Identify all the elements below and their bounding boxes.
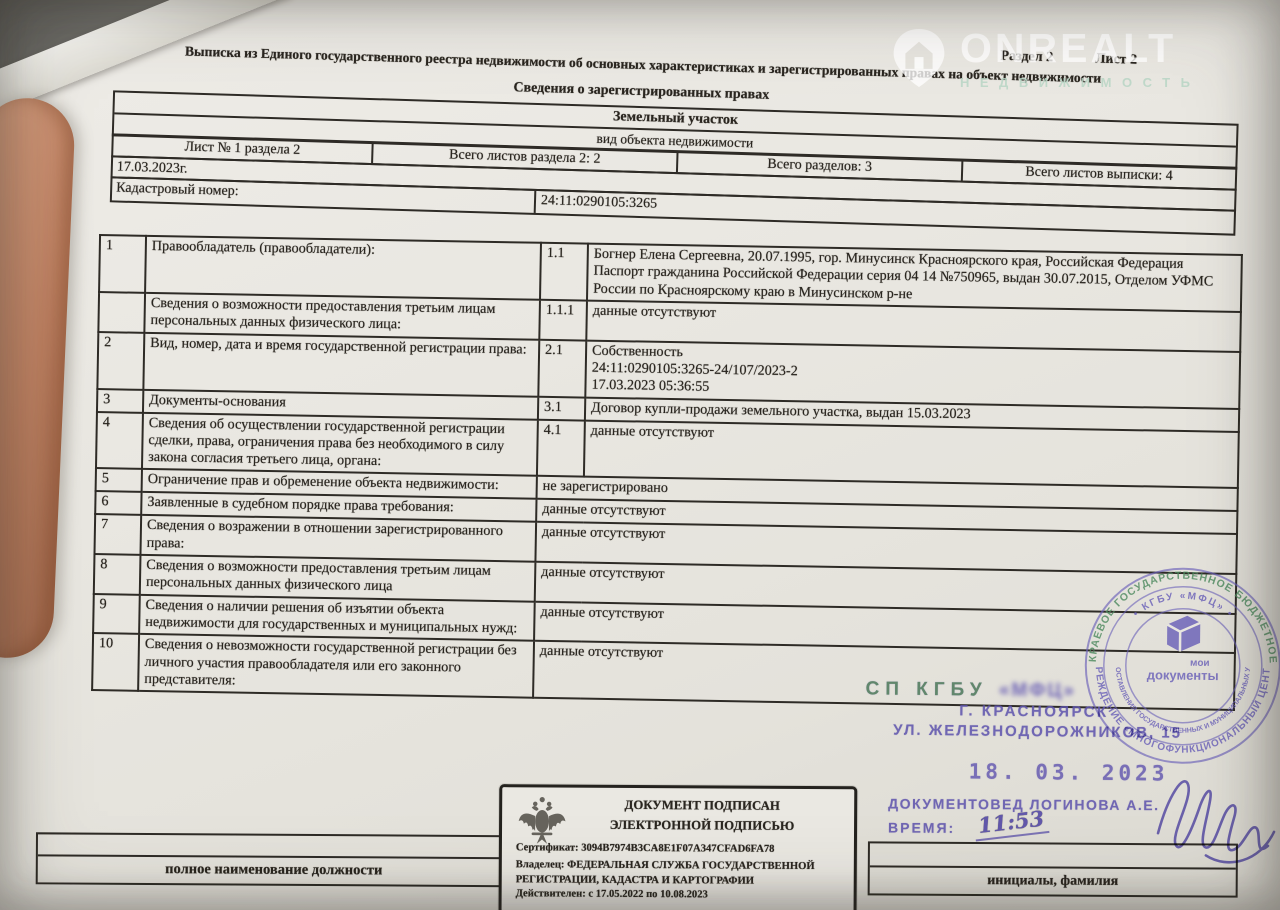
row-subnum: 2.1 bbox=[538, 339, 586, 397]
row-num: 3 bbox=[97, 389, 143, 413]
sheet-label: Лист 2 bbox=[1095, 51, 1138, 68]
coat-of-arms-icon bbox=[516, 792, 568, 848]
row-num: 1 bbox=[99, 235, 146, 293]
time-stamp-label: ВРЕМЯ: bbox=[888, 820, 955, 836]
row-label: Сведения о возражении в отношении зареги… bbox=[140, 515, 536, 562]
row-label: Сведения о невозможности государственной… bbox=[138, 634, 534, 698]
row-num: 4 bbox=[96, 412, 143, 470]
signed-title-line1: ДОКУМЕНТ ПОДПИСАН bbox=[562, 798, 842, 815]
row-num: 7 bbox=[94, 514, 141, 554]
street-stamp: УЛ. ЖЕЛЕЗНОДОРОЖНИКОВ, 15 bbox=[893, 722, 1182, 742]
row-num: 9 bbox=[93, 594, 140, 634]
row-label: Сведения об осуществлении государственно… bbox=[142, 412, 538, 476]
row-subnum: 3.1 bbox=[538, 396, 585, 420]
row-num bbox=[98, 292, 145, 332]
thumb-holding-paper bbox=[0, 96, 76, 660]
row-subnum: 1.1 bbox=[540, 243, 588, 301]
section-label: Раздел 2 bbox=[1000, 49, 1053, 67]
row-num: 5 bbox=[96, 468, 142, 492]
row-label: Правообладатель (правообладатели): bbox=[145, 236, 541, 300]
signed-title-line2: ЭЛЕКТРОННОЙ ПОДПИСЬЮ bbox=[562, 818, 842, 835]
section-sheet-labels: Раздел 2 Лист 2 bbox=[1000, 49, 1137, 69]
row-label: Сведения о возможности предоставления тр… bbox=[140, 555, 536, 602]
row-num: 2 bbox=[97, 332, 144, 390]
certificate-line: Сертификат: 3094B7974B3CA8E1F07A347CFAD6… bbox=[516, 842, 846, 855]
handwritten-signature bbox=[1148, 763, 1280, 872]
position-signature-line bbox=[38, 834, 510, 859]
document-header: Раздел 2 Лист 2 Выписка из Единого госуд… bbox=[0, 17, 1280, 255]
owner-line: Владелец: ФЕДЕРАЛЬНАЯ СЛУЖБА ГОСУДАРСТВЕ… bbox=[516, 857, 842, 889]
row-label: Вид, номер, дата и время государственной… bbox=[143, 332, 539, 396]
row-subnum: 1.1.1 bbox=[539, 300, 587, 340]
document-footer: полное наименование должности инициалы, … bbox=[0, 756, 1280, 910]
row-label: Сведения о возможности предоставления тр… bbox=[144, 293, 540, 340]
row-label: Сведения о наличии решения об изъятии об… bbox=[139, 595, 535, 642]
footer-position-box: полное наименование должности bbox=[36, 832, 512, 887]
row-num: 6 bbox=[95, 491, 141, 515]
row-num: 8 bbox=[94, 554, 141, 594]
rights-table: 1 Правообладатель (правообладатели): 1.1… bbox=[91, 234, 1243, 711]
row-subnum: 4.1 bbox=[537, 419, 585, 477]
validity-line: Действителен: с 17.05.2022 по 10.08.2023 bbox=[516, 888, 846, 901]
initials-caption: инициалы, фамилия bbox=[870, 867, 1236, 895]
position-caption: полное наименование должности bbox=[38, 856, 510, 885]
row-num: 10 bbox=[92, 633, 139, 691]
rights-table-wrap: 1 Правообладатель (правообладатели): 1.1… bbox=[91, 234, 1243, 711]
row-value: данные отсутствуют bbox=[533, 641, 1235, 710]
digital-signature-box: ДОКУМЕНТ ПОДПИСАН ЭЛЕКТРОННОЙ ПОДПИСЬЮ С… bbox=[499, 784, 858, 910]
cadastre-value: 24:11:0290105:3265 bbox=[536, 191, 658, 217]
document-photo: ONREALT НЕДВИЖИМОСТЬ Раздел 2 Лист 2 Вып… bbox=[0, 0, 1280, 910]
